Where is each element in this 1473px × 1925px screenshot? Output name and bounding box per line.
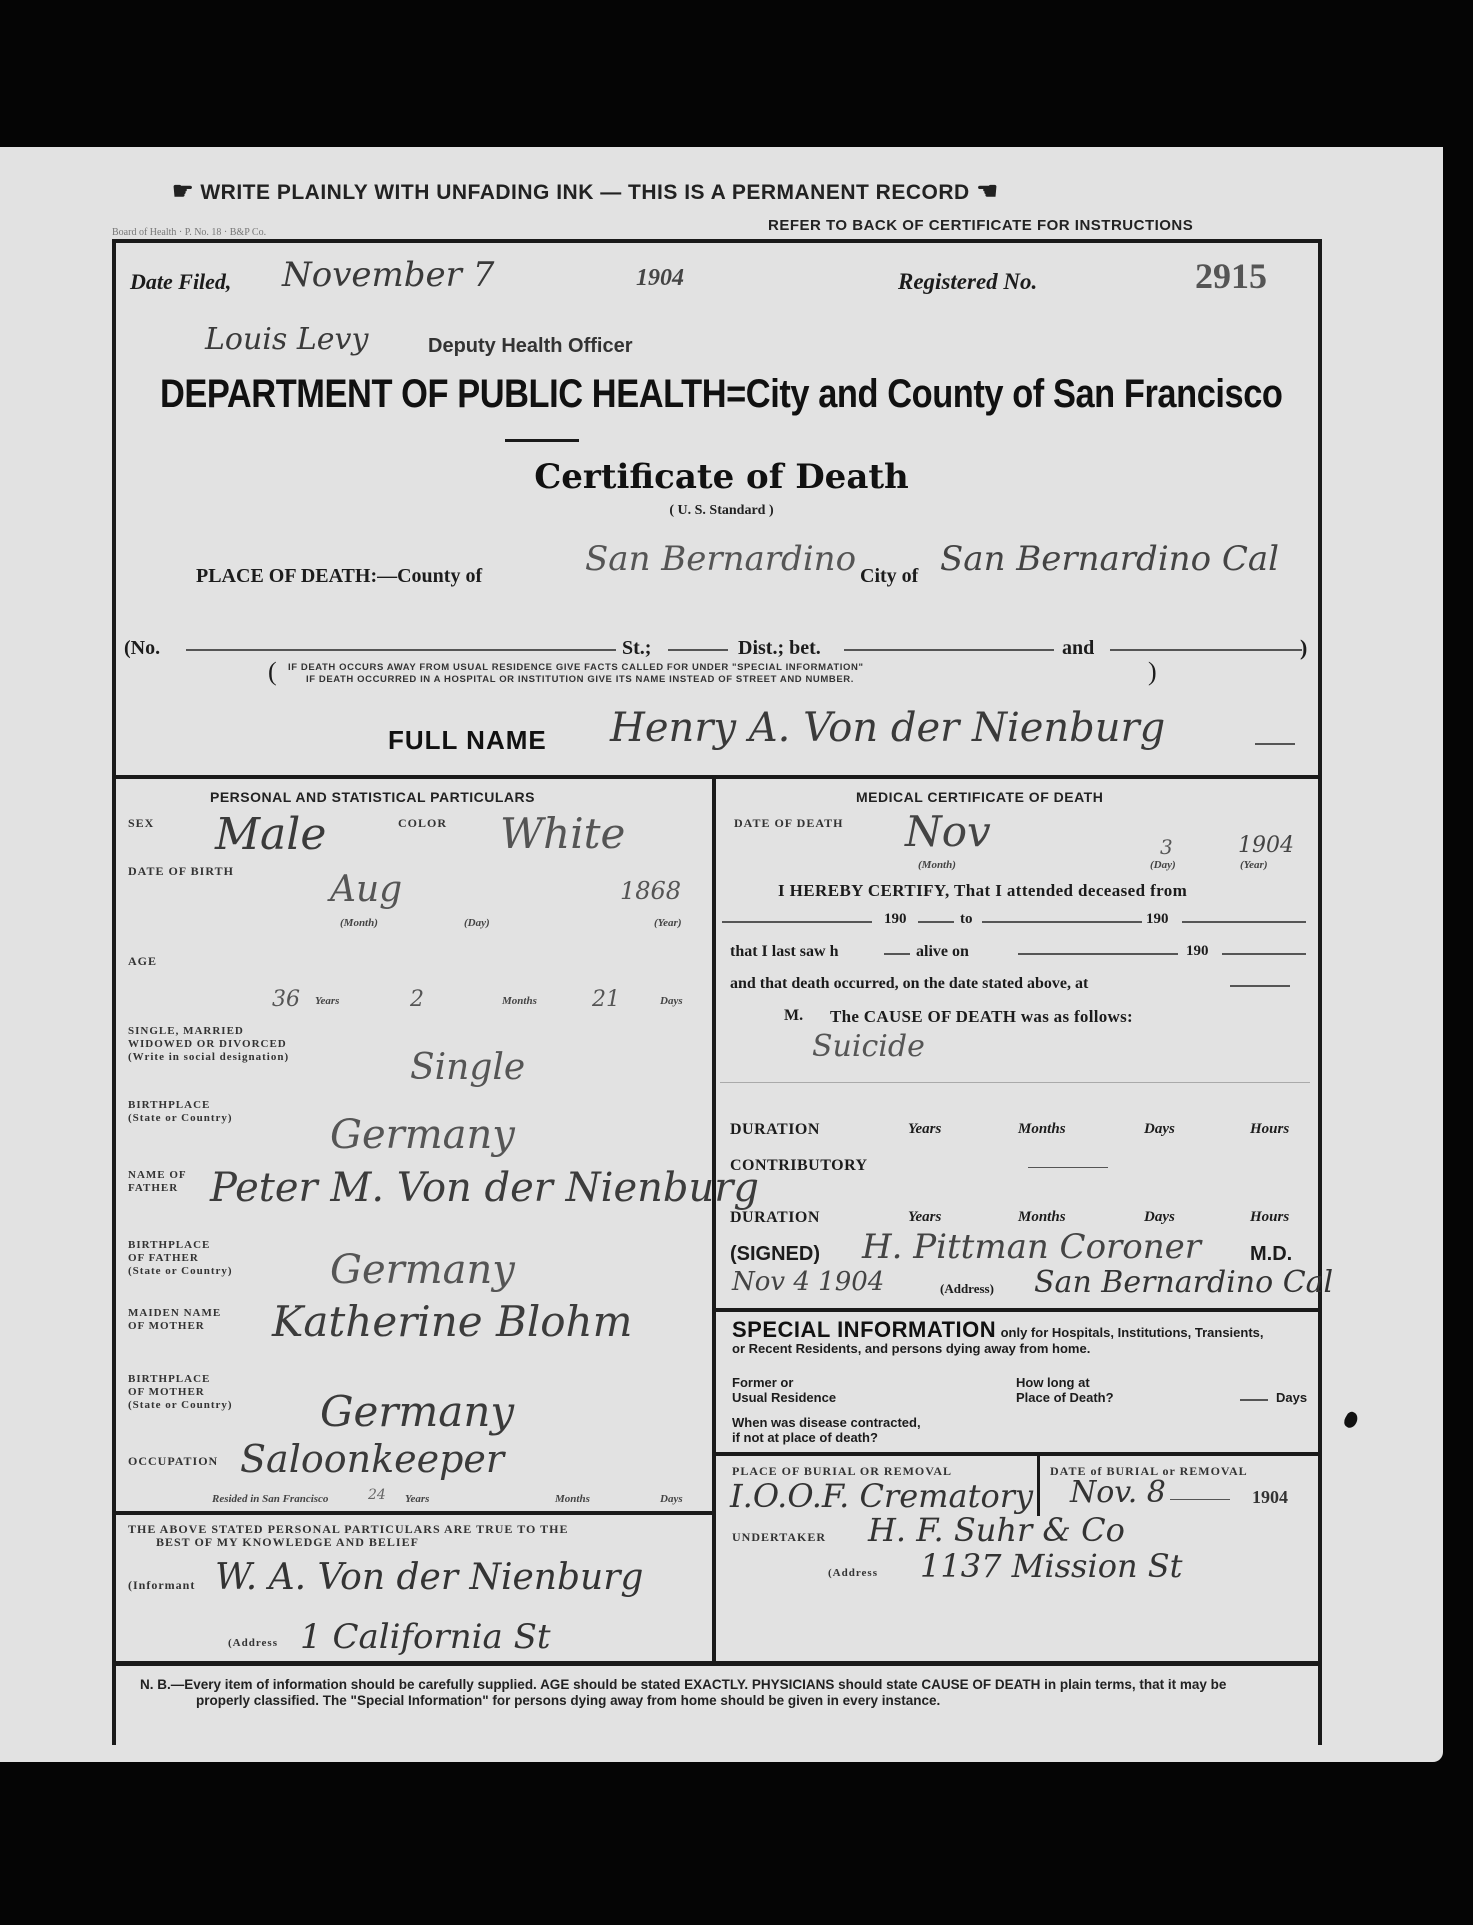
age-label: AGE <box>128 955 157 968</box>
age-days: 21 <box>592 987 620 1012</box>
duration-hours: Hours <box>1250 1121 1289 1138</box>
undertaker-label: UNDERTAKER <box>732 1531 826 1544</box>
mother-name-label: MAIDEN NAME OF MOTHER <box>128 1307 221 1333</box>
title-underline <box>505 439 579 442</box>
mother-name-value: Katherine Blohm <box>272 1297 632 1346</box>
residence-note: IF DEATH OCCURS AWAY FROM USUAL RESIDENC… <box>288 662 864 686</box>
to-label: to <box>960 911 973 928</box>
how-long-line <box>1240 1399 1268 1401</box>
father-name-value: Peter M. Von der Nienburg <box>210 1165 759 1211</box>
death-county-value: San Bernardino <box>585 539 856 579</box>
burial-column-divider <box>1037 1452 1040 1516</box>
street-label: St.; <box>622 637 651 660</box>
dod-year-caption: (Year) <box>1240 859 1268 871</box>
dob-month: Aug <box>330 869 402 910</box>
officer-signature: Louis Levy <box>205 322 368 357</box>
cause-of-death-value: Suicide <box>812 1029 925 1064</box>
am-pm-label: M. <box>784 1007 803 1025</box>
frame-bottom-rule <box>112 1661 1322 1666</box>
top-notice: ☛ WRITE PLAINLY WITH UNFADING INK — THIS… <box>172 177 998 206</box>
last-saw-label: that I last saw h <box>730 943 838 961</box>
registered-label: Registered No. <box>898 269 1037 295</box>
informant-divider <box>116 1511 712 1515</box>
department-title: DEPARTMENT OF PUBLIC HEALTH=City and Cou… <box>160 372 1283 417</box>
street-line <box>668 649 728 651</box>
attended-from-line <box>722 921 872 923</box>
certify-line: I HEREBY CERTIFY, That I attended deceas… <box>778 881 1187 901</box>
sex-label: SEX <box>128 817 154 830</box>
duration-days-2: Days <box>1144 1209 1175 1226</box>
dod-month-caption: (Month) <box>918 859 956 871</box>
close-paren: ) <box>1148 657 1157 687</box>
color-value: White <box>500 809 625 858</box>
birthplace-value: Germany <box>330 1112 515 1158</box>
footer-note: N. B.—Every item of information should b… <box>140 1677 1276 1709</box>
signed-address-label: (Address) <box>940 1281 994 1297</box>
marital-label: SINGLE, MARRIED WIDOWED OR DIVORCED (Wri… <box>128 1025 289 1064</box>
informant-address-label: (Address <box>228 1637 278 1650</box>
undertaker-value: H. F. Suhr & Co <box>868 1511 1125 1549</box>
duration-days: Days <box>1144 1121 1175 1138</box>
death-time-line <box>1230 985 1290 987</box>
cause-label: The CAUSE OF DEATH was as follows: <box>830 1007 1133 1027</box>
date-filed-year: 1904 <box>636 265 684 292</box>
burial-date-value: Nov. 8 <box>1070 1475 1166 1510</box>
full-name-line <box>1255 743 1295 745</box>
street-no-label: (No. <box>124 637 160 660</box>
father-birthplace-label: BIRTHPLACE OF FATHER (State or Country) <box>128 1239 233 1278</box>
cause-line-2 <box>720 1082 1310 1083</box>
ink-blot <box>1342 1410 1360 1430</box>
burial-date-line <box>1170 1499 1230 1500</box>
resided-days-caption: Days <box>660 1493 683 1505</box>
color-label: COLOR <box>398 817 447 830</box>
birthplace-label: BIRTHPLACE (State or Country) <box>128 1099 233 1125</box>
officer-title: Deputy Health Officer <box>428 335 632 358</box>
mother-birthplace-value: Germany <box>320 1387 514 1436</box>
instructions-note: REFER TO BACK OF CERTIFICATE FOR INSTRUC… <box>768 217 1193 234</box>
age-months-caption: Months <box>502 995 537 1007</box>
pointing-hand-icon: ☛ <box>172 178 194 205</box>
signed-value: H. Pittman Coroner <box>862 1227 1201 1267</box>
father-birthplace-value: Germany <box>330 1247 515 1293</box>
undertaker-address-label: (Address <box>828 1567 878 1580</box>
pointing-hand-icon: ☛ <box>976 177 998 206</box>
place-of-death-label: PLACE OF DEATH:—County of <box>196 565 482 588</box>
district-label: Dist.; bet. <box>738 637 821 660</box>
duration-months-2: Months <box>1018 1209 1066 1226</box>
open-paren: ( <box>268 657 277 687</box>
signed-label: (SIGNED) <box>730 1243 820 1266</box>
dob-label: DATE OF BIRTH <box>128 865 234 878</box>
father-name-label: NAME OF FATHER <box>128 1169 187 1195</box>
registered-number: 2915 <box>1195 255 1267 297</box>
certificate-page: ☛ WRITE PLAINLY WITH UNFADING INK — THIS… <box>0 147 1443 1762</box>
how-long-label: How long at Place of Death? <box>1016 1375 1114 1405</box>
alive-on-line <box>1018 953 1178 955</box>
marital-value: Single <box>410 1047 525 1088</box>
informant-label: (Informant <box>128 1579 195 1592</box>
street-no-line <box>186 649 616 651</box>
duration-label: DURATION <box>730 1121 820 1139</box>
age-months: 2 <box>410 987 424 1012</box>
to-tail-line <box>1182 921 1306 923</box>
duration-label-2: DURATION <box>730 1209 820 1227</box>
dod-year: 1904 <box>1238 833 1294 858</box>
to-190: 190 <box>1146 911 1169 928</box>
burial-divider <box>716 1452 1318 1456</box>
duration-years: Years <box>908 1121 941 1138</box>
date-filed-label: Date Filed, <box>130 269 231 295</box>
certificate-subtitle: ( U. S. Standard ) <box>0 503 1443 519</box>
printer-mark: Board of Health · P. No. 18 · B&P Co. <box>112 227 266 238</box>
dod-day-caption: (Day) <box>1150 859 1176 871</box>
how-long-days-label: Days <box>1276 1390 1307 1405</box>
from-to-line <box>918 921 954 923</box>
full-name-label: FULL NAME <box>388 725 547 756</box>
age-years-caption: Years <box>315 995 339 1007</box>
former-residence-label: Former or Usual Residence <box>732 1375 836 1405</box>
dod-month: Nov <box>905 807 991 856</box>
section-divider <box>112 775 1322 779</box>
duration-years-2: Years <box>908 1209 941 1226</box>
frame-top-rule <box>112 239 1322 243</box>
dod-day: 3 <box>1160 835 1173 859</box>
personal-heading: PERSONAL AND STATISTICAL PARTICULARS <box>210 789 535 805</box>
dob-year: 1868 <box>620 877 681 905</box>
medical-heading: MEDICAL CERTIFICATE OF DEATH <box>856 789 1103 805</box>
pronoun-line <box>884 953 910 955</box>
duration-hours-2: Hours <box>1250 1209 1289 1226</box>
occupation-value: Saloonkeeper <box>240 1437 504 1481</box>
resided-years-value: 24 <box>368 1487 386 1503</box>
city-label: City of <box>860 565 918 588</box>
from-190: 190 <box>884 911 907 928</box>
year-caption: (Year) <box>654 917 682 929</box>
mother-birthplace-label: BIRTHPLACE OF MOTHER (State or Country) <box>128 1373 233 1412</box>
attended-to-line <box>982 921 1142 923</box>
informant-name: W. A. Von der Nienburg <box>215 1557 643 1598</box>
occupation-label: OCCUPATION <box>128 1455 218 1468</box>
close-paren: ) <box>1300 635 1307 661</box>
contributory-label: CONTRIBUTORY <box>730 1157 868 1175</box>
special-subheading: or Recent Residents, and persons dying a… <box>732 1341 1090 1356</box>
column-divider <box>712 775 716 1662</box>
age-days-caption: Days <box>660 995 683 1007</box>
resided-years-caption: Years <box>405 1493 429 1505</box>
resided-label: Resided in San Francisco <box>212 1493 328 1505</box>
signed-date: Nov 4 1904 <box>732 1267 884 1297</box>
death-city-value: San Bernardino Cal <box>940 539 1279 579</box>
and-label: and <box>1062 637 1094 660</box>
and-line <box>1110 649 1302 651</box>
alive-tail-line <box>1222 953 1306 955</box>
dod-label: DATE OF DEATH <box>734 817 843 830</box>
informant-statement: THE ABOVE STATED PERSONAL PARTICULARS AR… <box>128 1523 568 1549</box>
contributory-line <box>1028 1167 1108 1168</box>
alive-190: 190 <box>1186 943 1209 960</box>
month-caption: (Month) <box>340 917 378 929</box>
duration-months: Months <box>1018 1121 1066 1138</box>
alive-on-label: alive on <box>916 943 969 961</box>
burial-place-value: I.O.O.F. Crematory <box>730 1477 1033 1515</box>
district-line <box>844 649 1054 651</box>
signed-address: San Bernardino Cal <box>1034 1265 1333 1300</box>
undertaker-address: 1137 Mission St <box>920 1547 1183 1585</box>
disease-contracted-label: When was disease contracted, if not at p… <box>732 1415 921 1445</box>
burial-year: 1904 <box>1252 1487 1288 1508</box>
md-label: M.D. <box>1250 1243 1292 1266</box>
certificate-title: Certificate of Death <box>0 457 1443 497</box>
informant-address: 1 California St <box>300 1617 551 1657</box>
age-years: 36 <box>272 987 300 1012</box>
resided-months-caption: Months <box>555 1493 590 1505</box>
sex-value: Male <box>215 809 326 860</box>
special-heading: SPECIAL INFORMATION only for Hospitals, … <box>732 1317 1264 1343</box>
full-name-value: Henry A. Von der Nienburg <box>610 705 1165 751</box>
date-filed-value: November 7 <box>282 255 494 295</box>
special-divider <box>716 1308 1318 1312</box>
death-occurred-label: and that death occurred, on the date sta… <box>730 975 1088 993</box>
day-caption: (Day) <box>464 917 490 929</box>
